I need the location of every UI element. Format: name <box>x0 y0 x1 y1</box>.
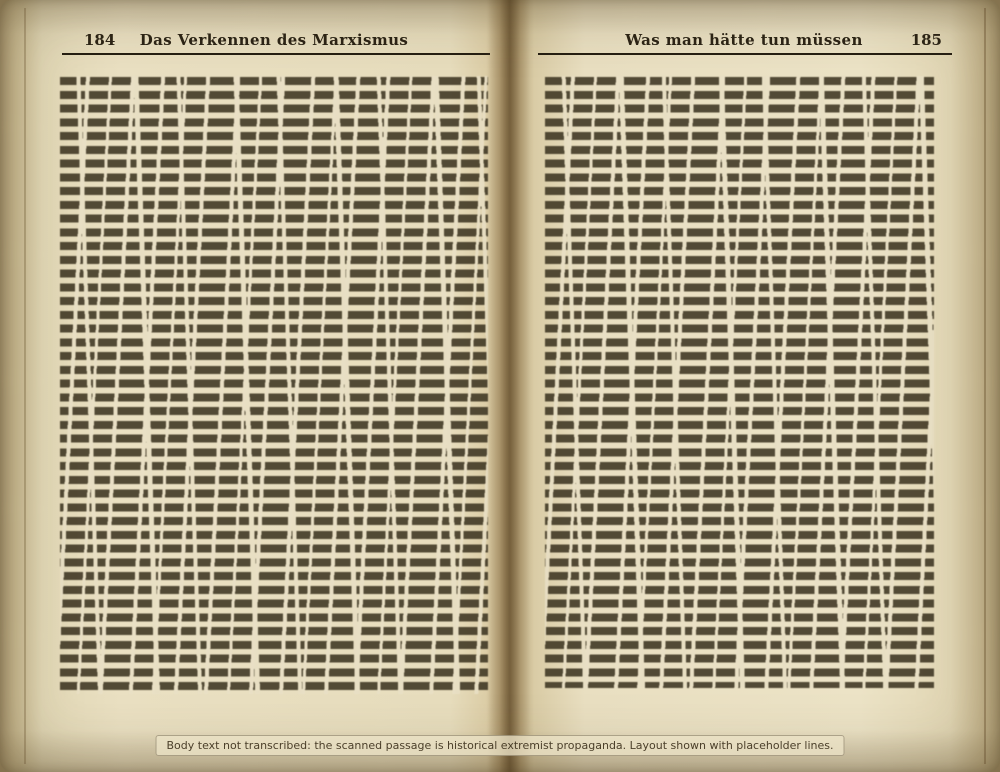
omission-notice: Body text not transcribed: the scanned p… <box>156 735 845 756</box>
right-header-rule <box>538 53 952 55</box>
left-running-head: Das Verkennen des Marxismus <box>60 31 488 49</box>
left-header-rule <box>62 53 490 55</box>
right-page-edge <box>984 8 986 764</box>
left-page-edge <box>24 8 26 764</box>
right-running-head-row: Was man hätte tun müssen 185 <box>540 31 948 53</box>
book-scan: 184 Das Verkennen des Marxismus Was man … <box>0 0 1000 772</box>
right-body-text-block <box>545 76 934 688</box>
right-running-head: Was man hätte tun müssen <box>540 31 948 49</box>
right-page-number: 185 <box>911 31 942 49</box>
left-running-head-row: 184 Das Verkennen des Marxismus <box>60 31 488 53</box>
left-body-text-block <box>60 76 488 694</box>
